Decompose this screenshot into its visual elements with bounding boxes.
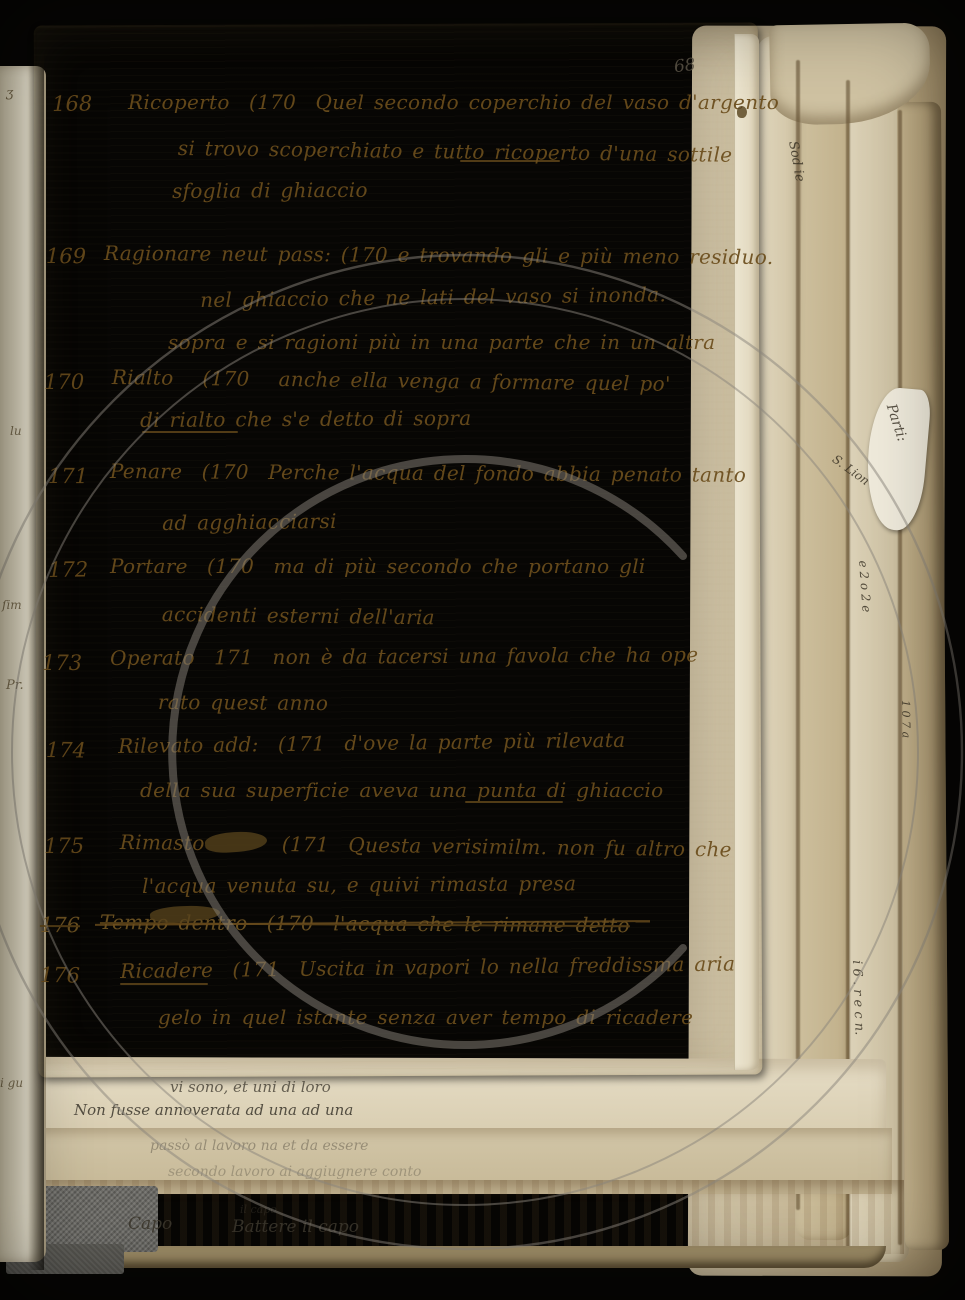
ink-blot bbox=[737, 106, 747, 118]
entry-margin-number: 171 bbox=[48, 464, 88, 488]
entry-line: nel ghiaccio che ne lati del vaso si ino… bbox=[200, 282, 666, 312]
entry-line: Ricoperto (170 Quel secondo coperchio de… bbox=[128, 90, 779, 114]
facing-page-ink-fragment: Pr. bbox=[6, 678, 24, 693]
entry-line: sfoglia di ghiaccio bbox=[172, 178, 368, 203]
manuscript-photo: 68 168Ricoperto (170 Quel secondo coperc… bbox=[0, 0, 965, 1300]
entry-margin-number: 176 bbox=[40, 913, 80, 937]
underpage-line: Battere il capo bbox=[232, 1217, 359, 1237]
ink-underline bbox=[460, 160, 560, 162]
entry-line: si trovo scoperchiato e tutto ricoperto … bbox=[178, 136, 733, 167]
entry-margin-number: 173 bbox=[42, 651, 82, 675]
underpage-line: secondo lavoro ai aggiugnere conto bbox=[168, 1164, 421, 1180]
underpage-line: vi sono, et uni di loro bbox=[170, 1078, 331, 1096]
facing-page-ink-fragment: lu bbox=[10, 424, 22, 438]
entry-line: ad agghiacciarsi bbox=[162, 509, 337, 535]
fore-edge-ink-fragment: e 2 o 2 e bbox=[856, 560, 874, 613]
entry-line: Portare (170 ma di più secondo che porta… bbox=[110, 554, 646, 578]
underpage-line: il capo bbox=[240, 1203, 277, 1216]
facing-page-ink-fragment: ʒ bbox=[6, 86, 13, 101]
fore-edge-ink-fragment: Sod ie bbox=[785, 140, 807, 183]
underpage-line: Capo bbox=[128, 1214, 172, 1234]
entry-line: Rialto (170 anche ella venga a formare q… bbox=[112, 365, 671, 396]
facing-page-ink-fragment: ſim bbox=[2, 598, 22, 612]
entry-line: di rialto che s'e detto di sopra bbox=[140, 406, 471, 432]
entry-line: gelo in quel istante senza aver tempo di… bbox=[158, 1005, 693, 1029]
entry-line: sopra e si ragioni più in una parte che … bbox=[168, 330, 715, 354]
entry-line: Operato 171 non è da tacersi una favola … bbox=[110, 642, 698, 670]
facing-page-ink-fragment: i gu bbox=[0, 1076, 23, 1090]
underpage-line: passò al lavoro na et da essere bbox=[150, 1138, 368, 1154]
entry-margin-number: 170 bbox=[44, 370, 84, 394]
entry-margin-number: 169 bbox=[46, 244, 86, 268]
handwriting-layer: 168Ricoperto (170 Quel secondo coperchio… bbox=[0, 0, 965, 1300]
fore-edge-ink-fragment: S. Lion bbox=[830, 452, 872, 488]
ink-underline bbox=[120, 983, 208, 985]
entry-line: della sua superficie aveva una punta di … bbox=[140, 778, 663, 802]
entry-line: Ricadere (171 Uscita in vapori lo nella … bbox=[120, 951, 735, 983]
ink-blot bbox=[150, 904, 221, 924]
ink-underline bbox=[465, 801, 563, 803]
entry-line: l'acqua venuta su, e quivi rimasta presa bbox=[142, 871, 576, 898]
entry-margin-number: 176 bbox=[40, 963, 80, 988]
ink-underline bbox=[142, 431, 238, 433]
entry-margin-number: 172 bbox=[48, 557, 88, 582]
fore-edge-ink-fragment: 1 0 7 a bbox=[899, 700, 913, 738]
entry-line: Penare (170 Perche l'acqua del fondo abb… bbox=[110, 459, 746, 487]
entry-line: Ragionare neut pass: (170 e trovando gli… bbox=[104, 241, 774, 269]
fore-edge-ink-fragment: i 6 . r e c n. bbox=[849, 960, 867, 1036]
entry-line: accidenti esterni dell'aria bbox=[162, 602, 435, 629]
entry-line: Rilevato add: (171 d'ove la parte più ri… bbox=[118, 728, 626, 758]
entry-margin-number: 174 bbox=[46, 738, 86, 763]
entry-margin-number: 175 bbox=[44, 834, 84, 858]
ink-blot bbox=[204, 830, 267, 854]
underpage-line: Non fusse annoverata ad una ad una bbox=[74, 1101, 353, 1119]
entry-line: rato quest anno bbox=[158, 690, 328, 715]
fore-edge-ink-fragment: Parti: bbox=[883, 402, 910, 444]
entry-margin-number: 168 bbox=[52, 91, 92, 116]
